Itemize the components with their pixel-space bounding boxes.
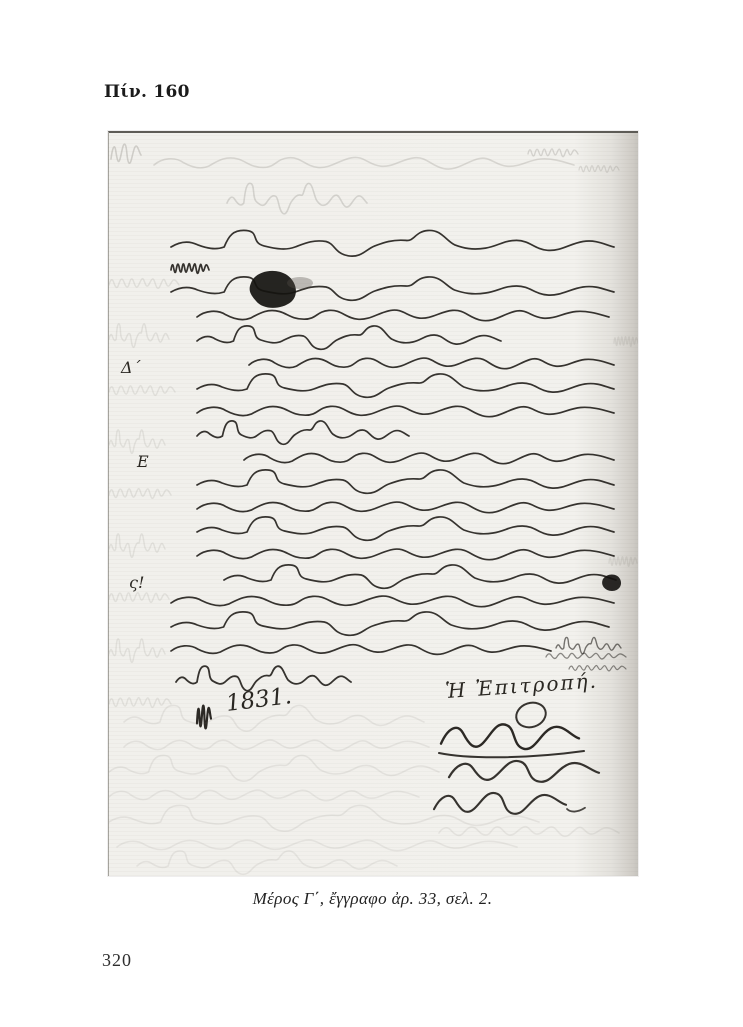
page-number: 320 <box>102 950 132 971</box>
margin-mark: Δ΄ <box>120 358 142 377</box>
ink-blot-large <box>250 271 296 308</box>
plate-label: Πίν. 160 <box>104 82 190 102</box>
ink-blot-small <box>602 575 621 592</box>
manuscript-photo: Δ΄ Ε ς! 1831. Ἡ Ἐπιτροπή. <box>108 131 638 876</box>
ink-blot-smear <box>287 277 313 289</box>
margin-mark: Ε <box>136 452 149 471</box>
committee-signature-text: Ἡ Ἐπιτροπή. <box>445 668 599 703</box>
year-text: 1831. <box>225 683 294 717</box>
manuscript-artwork: Δ΄ Ε ς! 1831. Ἡ Ἐπιτροπή. <box>109 133 638 876</box>
photo-caption: Μέρος Γ΄, ἔγγραφο ἀρ. 33, σελ. 2. <box>108 889 637 909</box>
handwriting-strokes <box>109 144 638 874</box>
signature-flourish-loop <box>513 699 549 731</box>
margin-mark: ς! <box>129 573 144 592</box>
